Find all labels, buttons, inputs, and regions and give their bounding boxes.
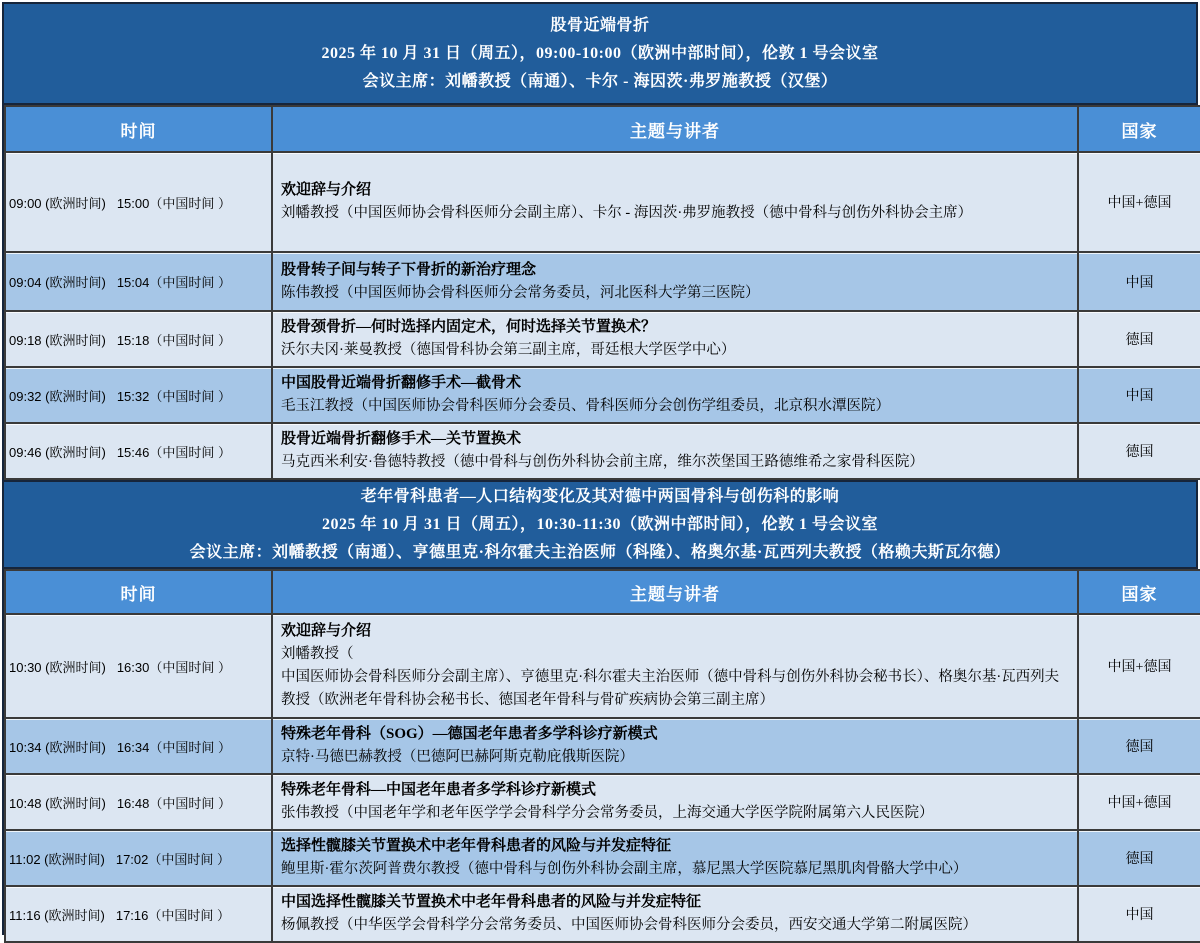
time-cell: 10:48 (欧洲时间)16:48（中国时间 ） xyxy=(5,774,272,830)
time-china: 16:48（中国时间 ） xyxy=(117,796,231,811)
speaker-info: 京特·马德巴赫教授（巴德阿巴赫阿斯克勒庇俄斯医院） xyxy=(281,746,1069,769)
country-cell: 中国 xyxy=(1078,886,1200,942)
country-cell: 德国 xyxy=(1078,830,1200,886)
column-header-topic: 主题与讲者 xyxy=(272,106,1078,152)
speaker-info: 马克西米利安·鲁德特教授（德中骨科与创伤外科协会前主席，维尔茨堡国王路德维希之家… xyxy=(281,451,1069,474)
table-row: 11:02 (欧洲时间)17:02（中国时间 ） 选择性髋膝关节置换术中老年骨科… xyxy=(5,830,1200,886)
time-european: 09:32 (欧洲时间) xyxy=(9,389,106,404)
time-cell: 09:32 (欧洲时间)15:32（中国时间 ） xyxy=(5,367,272,423)
time-china: 16:34（中国时间 ） xyxy=(117,740,231,755)
table-row: 10:48 (欧洲时间)16:48（中国时间 ） 特殊老年骨科—中国老年患者多学… xyxy=(5,774,1200,830)
country-cell: 中国 xyxy=(1078,252,1200,311)
time-china: 15:18（中国时间 ） xyxy=(117,333,231,348)
time-cell: 11:16 (欧洲时间)17:16（中国时间 ） xyxy=(5,886,272,942)
time-european: 10:48 (欧洲时间) xyxy=(9,796,106,811)
time-china: 17:16（中国时间 ） xyxy=(116,908,230,923)
table-row: 09:00 (欧洲时间)15:00（中国时间 ） 欢迎辞与介绍 刘幡教授（中国医… xyxy=(5,152,1200,252)
column-header-topic: 主题与讲者 xyxy=(272,570,1078,614)
topic-title: 欢迎辞与介绍 xyxy=(281,620,1069,643)
speaker-info: 刘幡教授（中国医师协会骨科医师分会副主席）、卡尔 - 海因茨·弗罗施教授（德中骨… xyxy=(281,202,1069,225)
country-cell: 德国 xyxy=(1078,311,1200,367)
topic-cell: 特殊老年骨科（SOG）—德国老年患者多学科诊疗新模式 京特·马德巴赫教授（巴德阿… xyxy=(272,718,1078,774)
table-row: 09:18 (欧洲时间)15:18（中国时间 ） 股骨颈骨折—何时选择内固定术，… xyxy=(5,311,1200,367)
speaker-info: 沃尔夫冈·莱曼教授（德国骨科协会第三副主席，哥廷根大学医学中心） xyxy=(281,339,1069,362)
table-row: 10:34 (欧洲时间)16:34（中国时间 ） 特殊老年骨科（SOG）—德国老… xyxy=(5,718,1200,774)
speaker-info: 刘幡教授（ 中国医师协会骨科医师分会副主席）、亨德里克·科尔霍夫主治医师（德中骨… xyxy=(281,643,1069,712)
time-cell: 09:18 (欧洲时间)15:18（中国时间 ） xyxy=(5,311,272,367)
topic-title: 特殊老年骨科—中国老年患者多学科诊疗新模式 xyxy=(281,779,1069,802)
table-row: 09:04 (欧洲时间)15:04（中国时间 ） 股骨转子间与转子下骨折的新治疗… xyxy=(5,252,1200,311)
topic-title: 欢迎辞与介绍 xyxy=(281,179,1069,202)
topic-title: 股骨近端骨折翻修手术—关节置换术 xyxy=(281,428,1069,451)
session2-title: 老年骨科患者—人口结构变化及其对德中两国骨科与创伤科的影响 xyxy=(4,485,1196,509)
country-cell: 中国+德国 xyxy=(1078,152,1200,252)
topic-title: 中国选择性髋膝关节置换术中老年骨科患者的风险与并发症特征 xyxy=(281,891,1069,914)
time-european: 09:00 (欧洲时间) xyxy=(9,196,106,211)
speaker-info: 张伟教授（中国老年学和老年医学学会骨科学分会常务委员，上海交通大学医学院附属第六… xyxy=(281,802,1069,825)
country-cell: 德国 xyxy=(1078,718,1200,774)
table-row: 11:16 (欧洲时间)17:16（中国时间 ） 中国选择性髋膝关节置换术中老年… xyxy=(5,886,1200,942)
time-cell: 10:34 (欧洲时间)16:34（中国时间 ） xyxy=(5,718,272,774)
country-cell: 德国 xyxy=(1078,423,1200,479)
speaker-info: 鲍里斯·霍尔茨阿普费尔教授（德中骨科与创伤外科协会副主席，慕尼黑大学医院慕尼黑肌… xyxy=(281,858,1069,881)
topic-title: 中国股骨近端骨折翻修手术—截骨术 xyxy=(281,372,1069,395)
topic-title: 选择性髋膝关节置换术中老年骨科患者的风险与并发症特征 xyxy=(281,835,1069,858)
session1-title: 股骨近端骨折 xyxy=(4,14,1196,38)
topic-title: 股骨颈骨折—何时选择内固定术，何时选择关节置换术？ xyxy=(281,316,1069,339)
country-cell: 中国+德国 xyxy=(1078,774,1200,830)
time-cell: 09:00 (欧洲时间)15:00（中国时间 ） xyxy=(5,152,272,252)
session1-title-band: 股骨近端骨折 2025 年 10 月 31 日（周五），09:00-10:00（… xyxy=(4,4,1196,105)
time-china: 16:30（中国时间 ） xyxy=(117,660,231,675)
session1-datetime: 2025 年 10 月 31 日（周五），09:00-10:00（欧洲中部时间）… xyxy=(4,42,1196,66)
topic-title: 特殊老年骨科（SOG）—德国老年患者多学科诊疗新模式 xyxy=(281,723,1069,746)
topic-cell: 中国股骨近端骨折翻修手术—截骨术 毛玉江教授（中国医师协会骨科医师分会委员、骨科… xyxy=(272,367,1078,423)
session2-datetime: 2025 年 10 月 31 日（周五），10:30-11:30（欧洲中部时间）… xyxy=(4,513,1196,537)
speaker-info: 陈伟教授（中国医师协会骨科医师分会常务委员，河北医科大学第三医院） xyxy=(281,282,1069,305)
time-cell: 11:02 (欧洲时间)17:02（中国时间 ） xyxy=(5,830,272,886)
speaker-info: 杨佩教授（中华医学会骨科学分会常务委员、中国医师协会骨科医师分会委员，西安交通大… xyxy=(281,914,1069,937)
topic-cell: 欢迎辞与介绍 刘幡教授（ 中国医师协会骨科医师分会副主席）、亨德里克·科尔霍夫主… xyxy=(272,614,1078,718)
session1-schedule-table: 时间 主题与讲者 国家 09:00 (欧洲时间)15:00（中国时间 ） 欢迎辞… xyxy=(4,105,1200,480)
time-european: 09:04 (欧洲时间) xyxy=(9,275,106,290)
column-header-time: 时间 xyxy=(5,570,272,614)
country-cell: 中国+德国 xyxy=(1078,614,1200,718)
time-china: 15:00（中国时间 ） xyxy=(117,196,231,211)
topic-cell: 中国选择性髋膝关节置换术中老年骨科患者的风险与并发症特征 杨佩教授（中华医学会骨… xyxy=(272,886,1078,942)
time-european: 09:46 (欧洲时间) xyxy=(9,445,106,460)
session1-header-row: 时间 主题与讲者 国家 xyxy=(5,106,1200,152)
time-cell: 09:46 (欧洲时间)15:46（中国时间 ） xyxy=(5,423,272,479)
column-header-country: 国家 xyxy=(1078,106,1200,152)
conference-program-sheet: 股骨近端骨折 2025 年 10 月 31 日（周五），09:00-10:00（… xyxy=(2,2,1198,935)
country-cell: 中国 xyxy=(1078,367,1200,423)
time-china: 15:04（中国时间 ） xyxy=(117,275,231,290)
table-row: 10:30 (欧洲时间)16:30（中国时间 ） 欢迎辞与介绍 刘幡教授（ 中国… xyxy=(5,614,1200,718)
time-european: 11:02 (欧洲时间) xyxy=(9,852,105,867)
topic-cell: 股骨转子间与转子下骨折的新治疗理念 陈伟教授（中国医师协会骨科医师分会常务委员，… xyxy=(272,252,1078,311)
session2-chairs: 会议主席：刘幡教授（南通）、亨德里克·科尔霍夫主治医师（科隆）、格奥尔基·瓦西列… xyxy=(4,541,1196,565)
column-header-country: 国家 xyxy=(1078,570,1200,614)
session2-title-band: 老年骨科患者—人口结构变化及其对德中两国骨科与创伤科的影响 2025 年 10 … xyxy=(4,480,1196,569)
session2-schedule-table: 时间 主题与讲者 国家 10:30 (欧洲时间)16:30（中国时间 ） 欢迎辞… xyxy=(4,569,1200,943)
time-european: 09:18 (欧洲时间) xyxy=(9,333,106,348)
time-european: 11:16 (欧洲时间) xyxy=(9,908,105,923)
time-european: 10:30 (欧洲时间) xyxy=(9,660,106,675)
topic-cell: 股骨近端骨折翻修手术—关节置换术 马克西米利安·鲁德特教授（德中骨科与创伤外科协… xyxy=(272,423,1078,479)
topic-cell: 股骨颈骨折—何时选择内固定术，何时选择关节置换术？ 沃尔夫冈·莱曼教授（德国骨科… xyxy=(272,311,1078,367)
time-china: 15:32（中国时间 ） xyxy=(117,389,231,404)
speaker-info: 毛玉江教授（中国医师协会骨科医师分会委员、骨科医师分会创伤学组委员，北京积水潭医… xyxy=(281,395,1069,418)
time-cell: 09:04 (欧洲时间)15:04（中国时间 ） xyxy=(5,252,272,311)
topic-cell: 特殊老年骨科—中国老年患者多学科诊疗新模式 张伟教授（中国老年学和老年医学学会骨… xyxy=(272,774,1078,830)
topic-title: 股骨转子间与转子下骨折的新治疗理念 xyxy=(281,259,1069,282)
session1-chairs: 会议主席：刘幡教授（南通）、卡尔 - 海因茨·弗罗施教授（汉堡） xyxy=(4,70,1196,94)
session2-header-row: 时间 主题与讲者 国家 xyxy=(5,570,1200,614)
topic-cell: 欢迎辞与介绍 刘幡教授（中国医师协会骨科医师分会副主席）、卡尔 - 海因茨·弗罗… xyxy=(272,152,1078,252)
topic-cell: 选择性髋膝关节置换术中老年骨科患者的风险与并发症特征 鲍里斯·霍尔茨阿普费尔教授… xyxy=(272,830,1078,886)
time-china: 17:02（中国时间 ） xyxy=(116,852,230,867)
table-row: 09:46 (欧洲时间)15:46（中国时间 ） 股骨近端骨折翻修手术—关节置换… xyxy=(5,423,1200,479)
time-cell: 10:30 (欧洲时间)16:30（中国时间 ） xyxy=(5,614,272,718)
time-china: 15:46（中国时间 ） xyxy=(117,445,231,460)
column-header-time: 时间 xyxy=(5,106,272,152)
table-row: 09:32 (欧洲时间)15:32（中国时间 ） 中国股骨近端骨折翻修手术—截骨… xyxy=(5,367,1200,423)
time-european: 10:34 (欧洲时间) xyxy=(9,740,106,755)
